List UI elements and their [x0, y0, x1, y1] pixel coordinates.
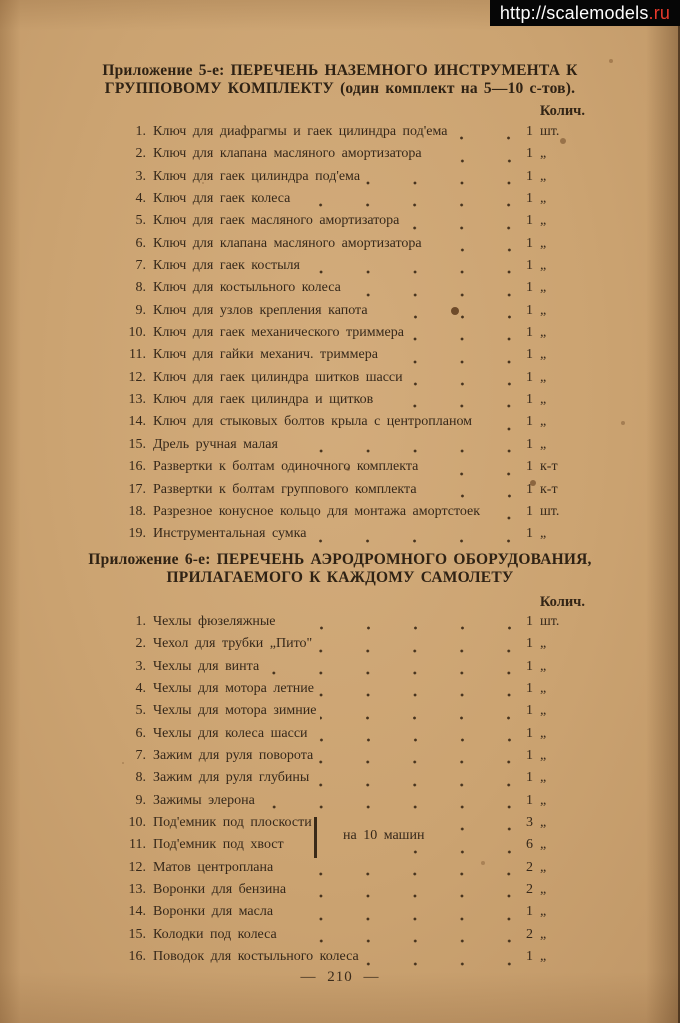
appendix-6-item-list: на 10 машин 1.Чехлы фюзеляжные1шт.2.Чехо… — [118, 614, 580, 972]
item-label: Ключ для гаек цилиндра и щитков — [153, 392, 373, 408]
item-number: 3. — [118, 169, 146, 185]
item-quantity: 1 — [515, 146, 533, 162]
item-unit: шт. — [533, 504, 580, 520]
item-label: Ключ для клапана масляного амортизатора — [153, 236, 422, 252]
item-number: 5. — [118, 213, 146, 229]
item-number: 4. — [118, 681, 146, 697]
item-quantity: 1 — [515, 504, 533, 520]
item-unit: к-т — [533, 459, 580, 475]
dot-leader — [280, 614, 511, 636]
item-number: 2. — [118, 636, 146, 652]
item-label: Зажимы элерона — [153, 793, 255, 809]
appendix-6-title: Приложение 6-е: ПЕРЕЧЕНЬ АЭРОДРОМНОГО ОБ… — [70, 551, 610, 587]
item-unit: „ — [533, 191, 580, 207]
list-item: 1.Чехлы фюзеляжные1шт. — [118, 614, 580, 636]
dot-leader — [407, 370, 511, 392]
item-label: Ключ для гайки механич. триммера — [153, 347, 378, 363]
item-number: 11. — [118, 347, 146, 363]
item-unit: „ — [533, 927, 580, 943]
item-label: Ключ для гаек костыля — [153, 258, 300, 274]
item-quantity: 1 — [515, 748, 533, 764]
dot-leader — [451, 124, 511, 146]
list-item: 12.Ключ для гаек цилиндра шитков шасси1„ — [118, 370, 580, 392]
watermark-url-bar: http://scalemodels.ru — [490, 0, 680, 26]
item-unit: „ — [533, 437, 580, 453]
item-number: 12. — [118, 860, 146, 876]
item-quantity: 1 — [515, 681, 533, 697]
appendix-5-item-list: 1.Ключ для диафрагмы и гаек цилиндра под… — [118, 124, 580, 549]
item-unit: „ — [533, 392, 580, 408]
item-quantity: 1 — [515, 770, 533, 786]
item-label: Ключ для костыльного колеса — [153, 280, 341, 296]
item-number: 10. — [118, 815, 146, 831]
dot-leader — [372, 303, 511, 325]
item-unit: „ — [533, 303, 580, 319]
item-number: 13. — [118, 392, 146, 408]
list-item: 3.Чехлы для винта1„ — [118, 659, 580, 681]
list-item: 14.Воронки для масла1„ — [118, 904, 580, 926]
item-label: Ключ для гаек масляного амортизатора — [153, 213, 399, 229]
item-label: Чехлы для винта — [153, 659, 259, 675]
item-label: Чехлы фюзеляжные — [153, 614, 276, 630]
dot-leader — [316, 636, 511, 658]
item-label: Под'емник под хвост — [153, 837, 284, 853]
item-unit: „ — [533, 347, 580, 363]
item-label: Воронки для масла — [153, 904, 273, 920]
item-number: 7. — [118, 258, 146, 274]
item-number: 17. — [118, 482, 146, 498]
dot-leader — [277, 904, 511, 926]
item-label: Ключ для гаек цилиндра под'ема — [153, 169, 360, 185]
item-label: Воронки для бензина — [153, 882, 286, 898]
item-unit: „ — [533, 526, 580, 542]
item-quantity: 1 — [515, 370, 533, 386]
list-item: 11.Ключ для гайки механич. триммера1„ — [118, 347, 580, 369]
item-label: Под'емник под плоскости — [153, 815, 312, 831]
item-unit: „ — [533, 370, 580, 386]
list-item: 6.Ключ для клапана масляного амортизатор… — [118, 236, 580, 258]
item-unit: „ — [533, 703, 580, 719]
item-quantity: 1 — [515, 258, 533, 274]
item-unit: шт. — [533, 614, 580, 630]
item-label: Разрезное конусное кольцо для монтажа ам… — [153, 504, 480, 520]
item-number: 14. — [118, 414, 146, 430]
item-number: 16. — [118, 459, 146, 475]
item-quantity: 1 — [515, 437, 533, 453]
item-quantity: 1 — [515, 191, 533, 207]
item-number: 11. — [118, 837, 146, 853]
item-unit: „ — [533, 770, 580, 786]
list-item: 4.Ключ для гаек колеса1„ — [118, 191, 580, 213]
item-label: Ключ для стыковых болтов крыла с центроп… — [153, 414, 472, 430]
list-item: 15.Колодки под колеса2„ — [118, 927, 580, 949]
item-number: 9. — [118, 303, 146, 319]
item-unit: „ — [533, 414, 580, 430]
dot-leader — [313, 770, 511, 792]
item-label: Чехлы для колеса шасси — [153, 726, 308, 742]
item-quantity: 1 — [515, 280, 533, 296]
item-unit: „ — [533, 659, 580, 675]
list-item: 13.Воронки для бензина2„ — [118, 882, 580, 904]
list-item: 8.Ключ для костыльного колеса1„ — [118, 280, 580, 302]
dot-leader — [440, 815, 511, 837]
quantity-column-header-2: Колич. — [540, 594, 585, 611]
item-number: 1. — [118, 124, 146, 140]
item-label: Ключ для узлов крепления капота — [153, 303, 368, 319]
item-number: 6. — [118, 236, 146, 252]
scanned-document-page: http://scalemodels.ru Приложение 5-е: ПЕ… — [0, 0, 680, 1023]
item-number: 12. — [118, 370, 146, 386]
item-number: 15. — [118, 927, 146, 943]
dot-leader — [377, 392, 511, 414]
item-label: Развертки к болтам одиночного комплекта — [153, 459, 418, 475]
list-item: 18.Разрезное конусное кольцо для монтажа… — [118, 504, 580, 526]
list-item: 15.Дрель ручная малая1„ — [118, 437, 580, 459]
item-number: 15. — [118, 437, 146, 453]
item-quantity: 1 — [515, 949, 533, 965]
item-unit: „ — [533, 325, 580, 341]
item-number: 13. — [118, 882, 146, 898]
item-label: Чехлы для мотора зимние — [153, 703, 316, 719]
item-quantity: 1 — [515, 482, 533, 498]
item-unit: „ — [533, 169, 580, 185]
item-quantity: 6 — [515, 837, 533, 853]
list-item: 8.Зажим для руля глубины1„ — [118, 770, 580, 792]
item-unit: шт. — [533, 124, 580, 140]
item-quantity: 1 — [515, 213, 533, 229]
list-item: 19.Инструментальная сумка1„ — [118, 526, 580, 548]
dot-leader — [382, 347, 511, 369]
item-unit: „ — [533, 146, 580, 162]
item-quantity: 2 — [515, 927, 533, 943]
item-quantity: 1 — [515, 526, 533, 542]
item-quantity: 1 — [515, 659, 533, 675]
dot-leader — [403, 213, 511, 235]
item-quantity: 1 — [515, 392, 533, 408]
dot-leader — [310, 526, 511, 548]
item-unit: „ — [533, 726, 580, 742]
appendix-5-title: Приложение 5-е: ПЕРЕЧЕНЬ НАЗЕМНОГО ИНСТР… — [70, 62, 610, 98]
item-quantity: 1 — [515, 414, 533, 430]
list-item: 14.Ключ для стыковых болтов крыла с цент… — [118, 414, 580, 436]
item-number: 10. — [118, 325, 146, 341]
item-unit: „ — [533, 860, 580, 876]
item-label: Дрель ручная малая — [153, 437, 278, 453]
item-unit: „ — [533, 904, 580, 920]
item-unit: „ — [533, 280, 580, 296]
item-number: 8. — [118, 770, 146, 786]
dot-leader — [426, 236, 511, 258]
item-quantity: 3 — [515, 815, 533, 831]
dot-leader — [345, 280, 511, 302]
item-number: 19. — [118, 526, 146, 542]
dot-leader — [317, 748, 511, 770]
item-unit: „ — [533, 882, 580, 898]
list-item: 16.Развертки к болтам одиночного комплек… — [118, 459, 580, 481]
dot-leader — [484, 504, 511, 526]
group-brace-line — [314, 817, 317, 858]
list-item: 6.Чехлы для колеса шасси1„ — [118, 726, 580, 748]
dot-leader — [282, 437, 511, 459]
dot-leader — [318, 681, 511, 703]
dot-leader — [277, 860, 511, 882]
item-unit: „ — [533, 258, 580, 274]
item-number: 7. — [118, 748, 146, 764]
item-label: Чехол для трубки „Пито" — [153, 636, 312, 652]
item-quantity: 1 — [515, 904, 533, 920]
item-quantity: 1 — [515, 614, 533, 630]
item-quantity: 1 — [515, 703, 533, 719]
item-unit: „ — [533, 681, 580, 697]
watermark-url-text: http://scalemodels — [500, 3, 649, 24]
dot-leader — [421, 482, 511, 504]
item-unit: „ — [533, 949, 580, 965]
dot-leader — [263, 659, 511, 681]
dot-leader — [294, 191, 511, 213]
item-label: Развертки к болтам группового комплекта — [153, 482, 417, 498]
list-item: 7.Зажим для руля поворота1„ — [118, 748, 580, 770]
list-item: 4.Чехлы для мотора летние1„ — [118, 681, 580, 703]
item-quantity: 1 — [515, 636, 533, 652]
item-label: Чехлы для мотора летние — [153, 681, 314, 697]
list-item: 3.Ключ для гаек цилиндра под'ема1„ — [118, 169, 580, 191]
item-unit: „ — [533, 837, 580, 853]
item-unit: „ — [533, 793, 580, 809]
list-item: 7.Ключ для гаек костыля1„ — [118, 258, 580, 280]
item-quantity: 1 — [515, 325, 533, 341]
list-item: 5.Чехлы для мотора зимние1„ — [118, 703, 580, 725]
item-unit: „ — [533, 748, 580, 764]
list-item: 12.Матов центроплана2„ — [118, 860, 580, 882]
item-quantity: 1 — [515, 303, 533, 319]
item-quantity: 1 — [515, 169, 533, 185]
list-item: 9.Зажимы элерона1„ — [118, 793, 580, 815]
dot-leader — [281, 927, 511, 949]
dot-leader — [408, 325, 511, 347]
watermark-url-tld: .ru — [649, 3, 671, 24]
item-label: Матов центроплана — [153, 860, 273, 876]
item-quantity: 1 — [515, 459, 533, 475]
item-number: 3. — [118, 659, 146, 675]
item-quantity: 2 — [515, 882, 533, 898]
item-label: Ключ для гаек механического триммера — [153, 325, 404, 341]
group-note: на 10 машин — [343, 828, 424, 844]
item-label: Зажим для руля глубины — [153, 770, 309, 786]
item-label: Инструментальная сумка — [153, 526, 306, 542]
item-label: Ключ для диафрагмы и гаек цилиндра под'е… — [153, 124, 447, 140]
dot-leader — [259, 793, 511, 815]
item-unit: к-т — [533, 482, 580, 498]
page-number: — 210 — — [0, 969, 680, 986]
item-label: Ключ для гаек колеса — [153, 191, 290, 207]
dot-leader — [412, 837, 511, 859]
dot-leader — [312, 726, 511, 748]
item-label: Ключ для клапана масляного амортизатора — [153, 146, 422, 162]
item-quantity: 2 — [515, 860, 533, 876]
list-item: 9.Ключ для узлов крепления капота1„ — [118, 303, 580, 325]
item-quantity: 1 — [515, 347, 533, 363]
dot-leader — [426, 146, 511, 168]
item-label: Ключ для гаек цилиндра шитков шасси — [153, 370, 403, 386]
item-quantity: 1 — [515, 793, 533, 809]
list-item: 1.Ключ для диафрагмы и гаек цилиндра под… — [118, 124, 580, 146]
list-item: 10.Ключ для гаек механического триммера1… — [118, 325, 580, 347]
list-item: 2.Чехол для трубки „Пито"1„ — [118, 636, 580, 658]
item-number: 6. — [118, 726, 146, 742]
item-number: 1. — [118, 614, 146, 630]
item-number: 14. — [118, 904, 146, 920]
item-number: 4. — [118, 191, 146, 207]
list-item: 17.Развертки к болтам группового комплек… — [118, 482, 580, 504]
dot-leader — [364, 169, 511, 191]
quantity-column-header-1: Колич. — [540, 103, 585, 120]
dot-leader — [320, 703, 511, 725]
item-number: 5. — [118, 703, 146, 719]
dot-leader — [476, 414, 511, 436]
item-quantity: 1 — [515, 726, 533, 742]
item-unit: „ — [533, 213, 580, 229]
item-number: 2. — [118, 146, 146, 162]
list-item: 2.Ключ для клапана масляного амортизатор… — [118, 146, 580, 168]
item-label: Поводок для костыльного колеса — [153, 949, 359, 965]
item-quantity: 1 — [515, 236, 533, 252]
list-item: 13.Ключ для гаек цилиндра и щитков1„ — [118, 392, 580, 414]
list-item: 5.Ключ для гаек масляного амортизатора1„ — [118, 213, 580, 235]
item-unit: „ — [533, 815, 580, 831]
dot-leader — [422, 459, 511, 481]
item-unit: „ — [533, 636, 580, 652]
dot-leader — [290, 882, 511, 904]
item-quantity: 1 — [515, 124, 533, 140]
item-number: 18. — [118, 504, 146, 520]
item-label: Колодки под колеса — [153, 927, 277, 943]
item-number: 9. — [118, 793, 146, 809]
item-unit: „ — [533, 236, 580, 252]
item-number: 16. — [118, 949, 146, 965]
dot-leader — [304, 258, 511, 280]
item-number: 8. — [118, 280, 146, 296]
item-label: Зажим для руля поворота — [153, 748, 313, 764]
